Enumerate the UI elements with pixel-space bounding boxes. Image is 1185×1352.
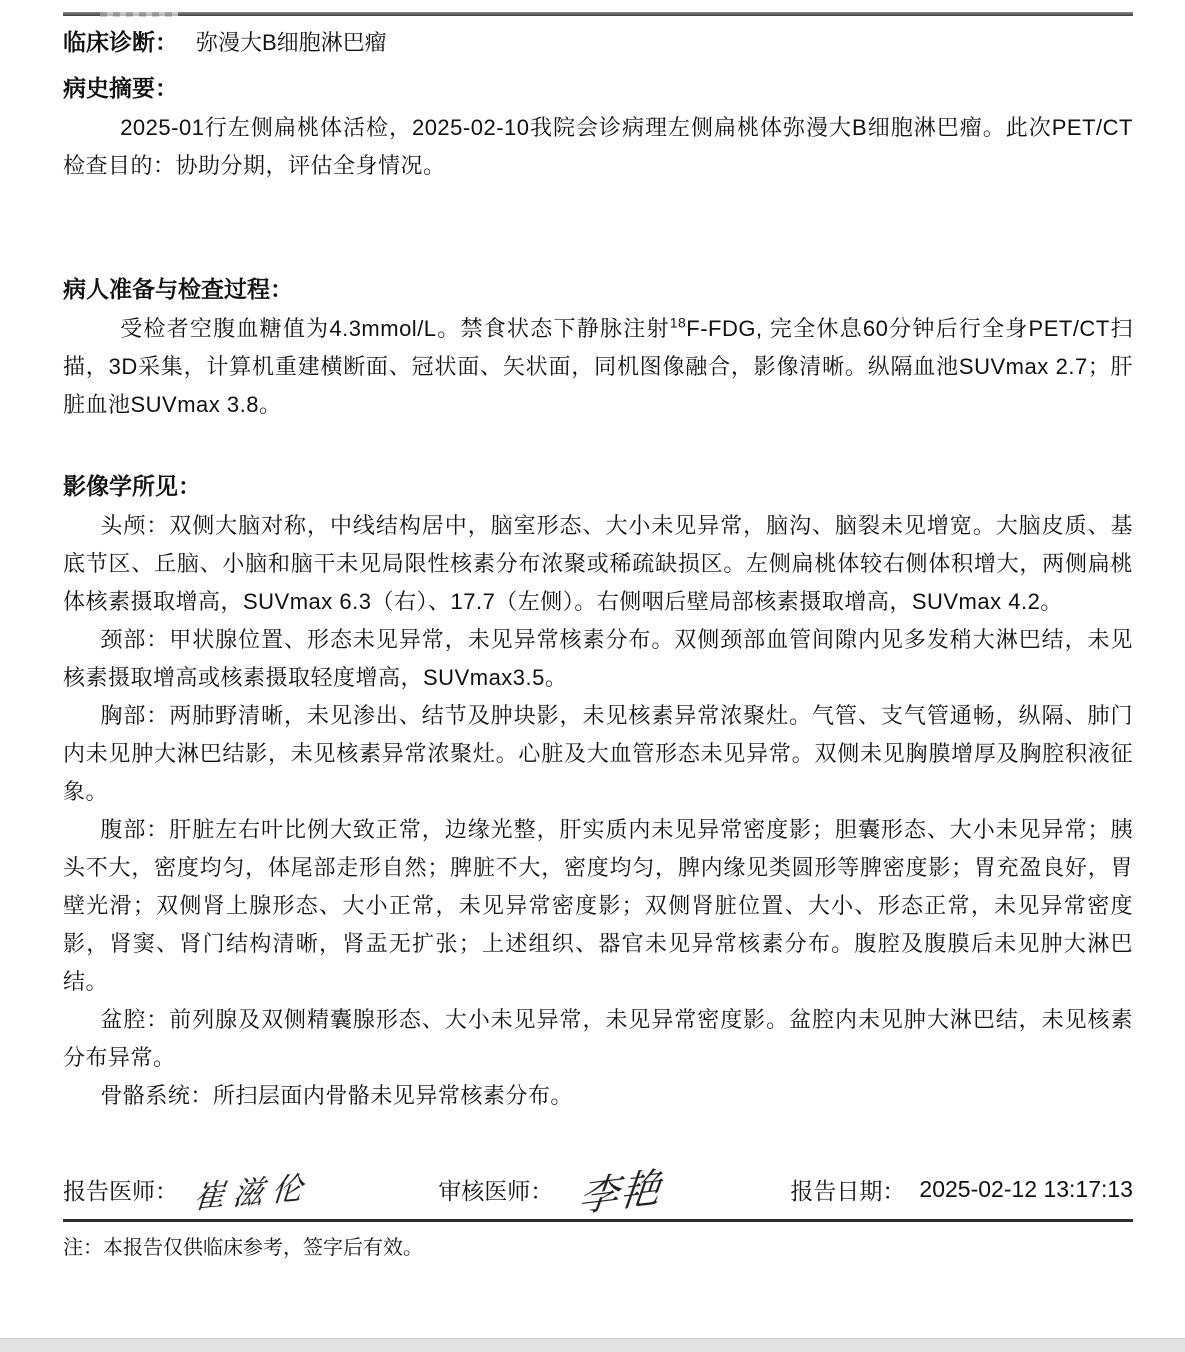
pet-ct-report-page: 临床诊断：弥漫大B细胞淋巴瘤 病史摘要： 2025-01行左侧扁桃体活检，202… [0, 12, 1185, 1262]
signature-row: 报告医师： 崔滋伦 审核医师： 李艳 报告日期： 2025-02-12 13:1… [63, 1163, 1133, 1215]
report-note: 注：本报告仅供临床参考，签字后有效。 [63, 1234, 1133, 1262]
preparation-text-pre: 受检者空腹血糖值为4.3mmol/L。禁食状态下静脉注射 [120, 316, 670, 341]
isotope-superscript: 18 [670, 315, 687, 331]
cropped-text-remnant [100, 12, 178, 17]
report-doctor-signature: 崔滋伦 [192, 1161, 313, 1217]
findings-section: 头颅：双侧大脑对称，中线结构居中，脑室形态、大小未见异常，脑沟、脑裂未见增宽。大… [63, 507, 1133, 1115]
findings-paragraph-abdomen: 腹部：肝脏左右叶比例大致正常，边缘光整，肝实质内未见异常密度影；胆囊形态、大小未… [63, 811, 1133, 1001]
bottom-gray-strip [0, 1338, 1185, 1352]
findings-heading: 影像学所见： [63, 470, 1133, 502]
findings-paragraph-neck: 颈部：甲状腺位置、形态未见异常，未见异常核素分布。双侧颈部血管间隙内见多发稍大淋… [63, 621, 1133, 697]
findings-paragraph-pelvis: 盆腔：前列腺及双侧精囊腺形态、大小未见异常，未见异常密度影。盆腔内未见肿大淋巴结… [63, 1001, 1133, 1077]
findings-paragraph-chest: 胸部：两肺野清晰，未见渗出、结节及肿块影，未见核素异常浓聚灶。气管、支气管通畅，… [63, 697, 1133, 811]
review-doctor-group: 审核医师： 李艳 [438, 1161, 663, 1218]
preparation-heading: 病人准备与检查过程： [63, 273, 1133, 305]
preparation-paragraph: 受检者空腹血糖值为4.3mmol/L。禁食状态下静脉注射18F-FDG, 完全休… [63, 310, 1133, 424]
report-doctor-group: 报告医师： 崔滋伦 [63, 1167, 311, 1212]
review-doctor-signature: 李艳 [576, 1155, 667, 1224]
top-divider [63, 12, 1133, 16]
report-date-value: 2025-02-12 13:17:13 [919, 1176, 1133, 1203]
history-paragraph: 2025-01行左侧扁桃体活检，2025-02-10我院会诊病理左侧扁桃体弥漫大… [63, 109, 1133, 185]
clinical-diagnosis-value: 弥漫大B细胞淋巴瘤 [196, 30, 387, 55]
report-doctor-label: 报告医师： [63, 1173, 178, 1206]
report-date-label: 报告日期： [790, 1173, 905, 1206]
findings-paragraph-head: 头颅：双侧大脑对称，中线结构居中，脑室形态、大小未见异常，脑沟、脑裂未见增宽。大… [63, 507, 1133, 621]
review-doctor-label: 审核医师： [438, 1173, 553, 1206]
clinical-diagnosis-line: 临床诊断：弥漫大B细胞淋巴瘤 [63, 26, 1133, 59]
findings-paragraph-skeleton: 骨骼系统：所扫层面内骨骼未见异常核素分布。 [63, 1077, 1133, 1115]
report-date-group: 报告日期： 2025-02-12 13:17:13 [790, 1173, 1133, 1206]
clinical-diagnosis-label: 临床诊断： [63, 29, 178, 55]
history-heading: 病史摘要： [63, 72, 1133, 104]
